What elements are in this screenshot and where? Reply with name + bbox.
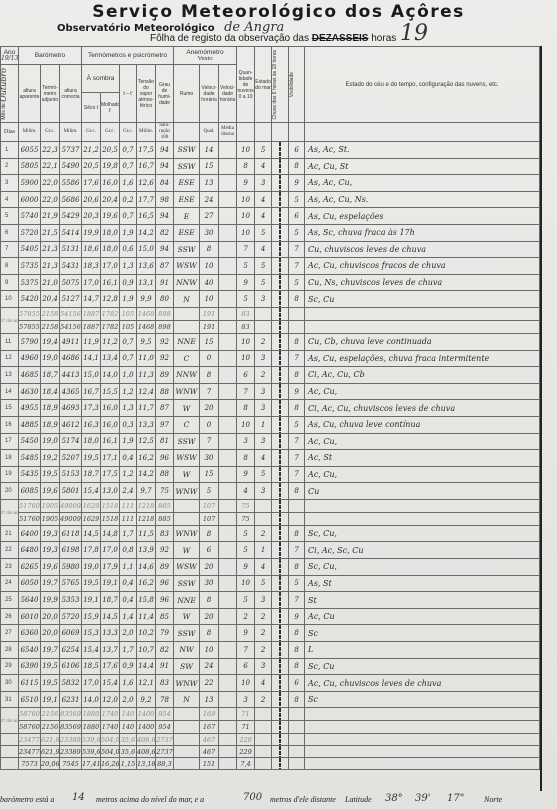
cell-vel: 30 <box>200 224 219 241</box>
cell-term: 19,0 <box>41 433 60 450</box>
cell-rumo: SSW <box>174 575 200 592</box>
cell-rumo: NNW <box>174 367 200 384</box>
cell-mar: 1 <box>255 542 272 559</box>
cell-vm <box>219 525 237 542</box>
rain-wave-mark <box>272 258 289 275</box>
sum-estado <box>305 499 540 512</box>
cell-seco: 15,4 <box>82 483 101 500</box>
cell-diff: 0,9 <box>120 658 137 675</box>
cell-diff: 1,9 <box>120 224 137 241</box>
sum-seco: 1887 <box>82 320 101 333</box>
table-row: 12496019,0468614,113,40,711,092C01037As,… <box>1 350 540 367</box>
day-number: 15 <box>1 400 19 417</box>
barometer-header: Barómetro <box>19 47 82 65</box>
sky-state-header: Estado do céu e do tempo, configuração d… <box>305 47 540 123</box>
cell-seco: 16,7 <box>82 383 101 400</box>
cell-vis: 5 <box>289 191 305 208</box>
total-altcor: 233891 <box>60 734 82 746</box>
sea-header: Estado do mar <box>255 47 272 123</box>
cell-vm <box>219 350 237 367</box>
cell-rumo: W <box>174 542 200 559</box>
unit-blank <box>174 123 200 142</box>
cell-altap: 5805 <box>19 158 41 175</box>
rain-wave-mark <box>272 708 289 721</box>
sum-mar <box>255 307 272 320</box>
anemometer-header: AnemómetroVento <box>174 47 237 65</box>
cell-altcor: 5832 <box>60 675 82 692</box>
rain-wave-mark <box>272 158 289 175</box>
total-tensao: 13,18 <box>137 758 156 770</box>
total-term: 20,06 <box>41 758 60 770</box>
cell-molh: 12,0 <box>101 691 120 708</box>
sum-seco: 1629 <box>82 499 101 512</box>
unit-milim: Milim. <box>19 123 41 142</box>
table-row: 17545019,0517418,016,11,912,581SSW7337Ac… <box>1 433 540 450</box>
cell-altcor: 6254 <box>60 642 82 659</box>
cell-altap: 5420 <box>19 291 41 308</box>
sum-tensao: 1468 <box>137 307 156 320</box>
cell-rumo: WNW <box>174 383 200 400</box>
cell-molh: 17,1 <box>101 450 120 467</box>
thermometer-header: Termómetros e psicrómetro <box>82 47 174 65</box>
cell-diff: 0,2 <box>120 191 137 208</box>
total-vis <box>289 746 305 758</box>
unit-blank <box>289 123 305 142</box>
cell-nuv: 9 <box>237 274 255 291</box>
rain-wave-mark <box>272 450 289 467</box>
cell-nuv: 2 <box>237 608 255 625</box>
cell-nuv: 10 <box>237 191 255 208</box>
cell-mar: 3 <box>255 483 272 500</box>
cell-seco: 15,0 <box>82 367 101 384</box>
day-number: 18 <box>1 450 19 467</box>
cell-altap: 5735 <box>19 258 41 275</box>
sum-hum: 885 <box>156 512 174 525</box>
table-row: 21640019,3611814,514,81,711,583WNW8528Sc… <box>1 525 540 542</box>
sum-estado <box>305 708 540 721</box>
total-altcor: 7545 <box>60 758 82 770</box>
cell-estado: Sc, Cu <box>305 658 540 675</box>
cell-diff: 1,9 <box>120 291 137 308</box>
day-number: 8 <box>1 258 19 275</box>
cell-mar: 2 <box>255 691 272 708</box>
cell-vel: 14 <box>200 142 219 159</box>
cell-rumo: NNE <box>174 592 200 609</box>
cell-tensao: 14,2 <box>137 224 156 241</box>
rain-wave-mark <box>272 575 289 592</box>
total-altap: 234775 <box>19 746 41 758</box>
total-vel: 467 <box>200 734 219 746</box>
cell-estado: Ci, Ac, Sc, Cu <box>305 542 540 559</box>
cell-hum: 92 <box>156 542 174 559</box>
cell-diff: 0,7 <box>120 333 137 350</box>
speed-header: Veloci-dade horária <box>200 65 219 123</box>
cell-hum: 91 <box>156 658 174 675</box>
cell-molh: 18,0 <box>101 224 120 241</box>
cell-diff: 1,6 <box>120 675 137 692</box>
rain-wave-mark <box>272 721 289 734</box>
cell-estado: As, St <box>305 575 540 592</box>
cell-vm <box>219 466 237 483</box>
cell-term: 19,7 <box>41 575 60 592</box>
cell-altap: 4955 <box>19 400 41 417</box>
cell-hum: 92 <box>156 350 174 367</box>
cell-rumo: WSW <box>174 450 200 467</box>
cell-vis: 5 <box>289 274 305 291</box>
sum-rumo <box>174 721 200 734</box>
cell-estado: Cu <box>305 483 540 500</box>
cell-nuv: 10 <box>237 208 255 225</box>
cell-mar: 3 <box>255 400 272 417</box>
cell-molh: 13,3 <box>101 625 120 642</box>
cell-tensao: 17,5 <box>137 142 156 159</box>
rain-wave-mark <box>272 642 289 659</box>
month-total-row: 757320,06754517,4116,261,1513,1888,31517… <box>1 758 540 770</box>
day-number: 19 <box>1 466 19 483</box>
footer-barometer-height: 14 <box>72 792 85 803</box>
cell-mar: 3 <box>255 175 272 192</box>
cell-seco: 21,2 <box>82 142 101 159</box>
cell-molh: 13,0 <box>101 483 120 500</box>
cell-altap: 5790 <box>19 333 41 350</box>
total-diff: 1,15 <box>120 758 137 770</box>
cell-molh: 13,4 <box>101 350 120 367</box>
cell-estado: Ac, Cu, <box>305 466 540 483</box>
cell-nuv: 10 <box>237 350 255 367</box>
cell-molh: 17,5 <box>101 466 120 483</box>
cell-rumo: W <box>174 608 200 625</box>
cell-term: 22,0 <box>41 175 60 192</box>
cell-tensao: 16,5 <box>137 208 156 225</box>
cell-mar: 4 <box>255 241 272 258</box>
rain-wave-mark <box>272 542 289 559</box>
cell-seco: 14,1 <box>82 350 101 367</box>
cell-diff: 1,2 <box>120 466 137 483</box>
cell-vis: 8 <box>289 400 305 417</box>
sum-altcor: 54156 <box>60 320 82 333</box>
cell-vm <box>219 625 237 642</box>
cell-rumo: N <box>174 291 200 308</box>
sum-vis <box>289 512 305 525</box>
table-row: 6572021,5541419,918,01,914,282ESE301055A… <box>1 224 540 241</box>
cell-mar: 3 <box>255 291 272 308</box>
cell-altap: 5375 <box>19 274 41 291</box>
cell-molh: 16,1 <box>101 433 120 450</box>
cell-term: 22,0 <box>41 191 60 208</box>
day-number: 27 <box>1 625 19 642</box>
cell-tensao: 11,0 <box>137 350 156 367</box>
cell-vis: 8 <box>289 158 305 175</box>
cell-vis: 7 <box>289 241 305 258</box>
cell-tensao: 10,2 <box>137 625 156 642</box>
sum-diff: 111 <box>120 512 137 525</box>
sum-tensao: 1400 <box>137 708 156 721</box>
day-number: 16 <box>1 416 19 433</box>
cell-vm <box>219 559 237 576</box>
cell-nuv: 3 <box>237 433 255 450</box>
cell-seco: 11,9 <box>82 333 101 350</box>
sum-molh: 1740 <box>101 708 120 721</box>
cell-altcor: 4612 <box>60 416 82 433</box>
cell-hum: 84 <box>156 175 174 192</box>
cell-seco: 15,4 <box>82 642 101 659</box>
cell-estado: Ac, Cu, St <box>305 158 540 175</box>
cell-vel: 24 <box>200 191 219 208</box>
cell-vm <box>219 274 237 291</box>
cell-hum: 92 <box>156 333 174 350</box>
cell-molh: 18,0 <box>101 241 120 258</box>
day-number: 11 <box>1 333 19 350</box>
total-altap: 234775 <box>19 734 41 746</box>
unit-blank <box>255 123 272 142</box>
rain-wave-mark <box>272 483 289 500</box>
sum-term: 1905 <box>41 499 60 512</box>
cell-hum: 83 <box>156 675 174 692</box>
cell-hum: 87 <box>156 400 174 417</box>
cell-rumo: WSW <box>174 258 200 275</box>
table-row: 2580522,1549020,519,80,716,794SSW15848Ac… <box>1 158 540 175</box>
rain-wave-mark <box>272 658 289 675</box>
cell-vm <box>219 658 237 675</box>
cell-hum: 98 <box>156 191 174 208</box>
cell-nuv: 10 <box>237 224 255 241</box>
cell-altcor: 6231 <box>60 691 82 708</box>
cell-altap: 6480 <box>19 542 41 559</box>
cell-rumo: W <box>174 466 200 483</box>
total-label <box>1 746 19 758</box>
rain-header: Chuva das 6 horas às 18 horas <box>272 47 289 123</box>
decade-sum-row: 5176019054900916291518111121888510775 <box>1 512 540 525</box>
cell-nuv: 4 <box>237 483 255 500</box>
cell-vm <box>219 175 237 192</box>
cell-altap: 6265 <box>19 559 41 576</box>
dry-header: Sêco t <box>82 93 101 123</box>
sum-hum: 885 <box>156 499 174 512</box>
year-header: Ano19/13 <box>1 47 19 65</box>
sum-term: 2158 <box>41 307 60 320</box>
cell-hum: 78 <box>156 691 174 708</box>
cell-nuv: 10 <box>237 142 255 159</box>
cell-tensao: 15,8 <box>137 592 156 609</box>
sum-vm <box>219 307 237 320</box>
total-term: 621,9 <box>41 746 60 758</box>
sum-tensao: 1218 <box>137 512 156 525</box>
total-tensao: 408,6 <box>137 734 156 746</box>
table-row: 11579019,4491111,911,20,79,592NNE151028C… <box>1 333 540 350</box>
cell-diff: 0,4 <box>120 450 137 467</box>
unit-blank <box>237 123 255 142</box>
cell-altap: 6085 <box>19 483 41 500</box>
sum-rumo <box>174 512 200 525</box>
cell-tensao: 14,2 <box>137 466 156 483</box>
cell-molh: 16,0 <box>101 400 120 417</box>
cell-rumo: SW <box>174 658 200 675</box>
cell-altap: 6390 <box>19 658 41 675</box>
register-sheet: Serviço Meteorológico dos Açôres Observa… <box>0 0 557 809</box>
cell-vm <box>219 224 237 241</box>
cell-rumo: SSW <box>174 433 200 450</box>
cell-nuv: 8 <box>237 158 255 175</box>
sheet-hour: 19 <box>400 21 460 46</box>
cell-diff: 1,3 <box>120 400 137 417</box>
cell-altcor: 5127 <box>60 291 82 308</box>
cell-vm <box>219 642 237 659</box>
rain-wave-mark <box>272 333 289 350</box>
sum-hum: 954 <box>156 721 174 734</box>
sum-diff: 140 <box>120 721 137 734</box>
rain-wave-mark <box>272 208 289 225</box>
cell-rumo: WSW <box>174 559 200 576</box>
cell-diff: 0,7 <box>120 350 137 367</box>
sum-estado <box>305 721 540 734</box>
cell-altcor: 5686 <box>60 191 82 208</box>
cell-vis: 8 <box>289 367 305 384</box>
total-seco: 539,6 <box>82 746 101 758</box>
sum-rumo <box>174 499 200 512</box>
cell-molh: 17,6 <box>101 658 120 675</box>
sum-altcor: 54156 <box>60 307 82 320</box>
cell-term: 21,5 <box>41 224 60 241</box>
cell-altap: 4960 <box>19 350 41 367</box>
footer-distance-suffix: metros d'ele distante <box>270 795 336 804</box>
cell-vel: 24 <box>200 658 219 675</box>
cell-vel: 5 <box>200 483 219 500</box>
cell-vel: 10 <box>200 291 219 308</box>
sum-term: 2156 <box>41 721 60 734</box>
rain-wave-mark <box>272 191 289 208</box>
cell-seco: 15,3 <box>82 625 101 642</box>
decade-label: 2ª década <box>1 499 19 525</box>
day-number: 31 <box>1 691 19 708</box>
cell-term: 20,0 <box>41 608 60 625</box>
cell-molh: 17,0 <box>101 258 120 275</box>
cell-altap: 5435 <box>19 466 41 483</box>
cell-seco: 19,9 <box>82 224 101 241</box>
cell-vm <box>219 575 237 592</box>
day-number: 25 <box>1 592 19 609</box>
cell-mar: 4 <box>255 559 272 576</box>
cell-tensao: 13,9 <box>137 542 156 559</box>
day-number: 30 <box>1 675 19 692</box>
cell-vm <box>219 400 237 417</box>
cell-tensao: 14,4 <box>137 658 156 675</box>
cell-mar: 1 <box>255 416 272 433</box>
total-vm <box>219 758 237 770</box>
cell-term: 20,4 <box>41 291 60 308</box>
shade-header: À sombra <box>82 65 120 93</box>
cell-diff: 1,7 <box>120 642 137 659</box>
cell-altap: 6115 <box>19 675 41 692</box>
cell-vm <box>219 367 237 384</box>
cell-tensao: 12,6 <box>137 175 156 192</box>
day-number: 17 <box>1 433 19 450</box>
cell-tensao: 9,5 <box>137 333 156 350</box>
sum-vel: 169 <box>200 708 219 721</box>
cell-vm <box>219 291 237 308</box>
cell-term: 20,0 <box>41 625 60 642</box>
cell-altcor: 5075 <box>60 274 82 291</box>
cell-altcor: 5586 <box>60 175 82 192</box>
cell-molh: 14,0 <box>101 367 120 384</box>
cell-vel: 8 <box>200 241 219 258</box>
cell-altcor: 5431 <box>60 258 82 275</box>
cell-molh: 20,4 <box>101 191 120 208</box>
unit-milim: Milim. <box>60 123 82 142</box>
cell-term: 19,9 <box>41 592 60 609</box>
cell-vel: 30 <box>200 575 219 592</box>
cell-vm <box>219 433 237 450</box>
cell-term: 19,2 <box>41 450 60 467</box>
cell-seco: 14,0 <box>82 691 101 708</box>
cell-vis: 7 <box>289 433 305 450</box>
cell-hum: 94 <box>156 241 174 258</box>
cell-nuv: 5 <box>237 592 255 609</box>
rain-wave-mark <box>272 525 289 542</box>
cell-seco: 17,3 <box>82 400 101 417</box>
total-seco: 539,6 <box>82 734 101 746</box>
total-altcor: 233891 <box>60 746 82 758</box>
cell-vel: 8 <box>200 367 219 384</box>
table-row: 5574021,9542920,319,60,716,594E271046As,… <box>1 208 540 225</box>
cell-vm <box>219 675 237 692</box>
rain-wave-mark <box>272 512 289 525</box>
cell-vis: 6 <box>289 675 305 692</box>
cell-vel: 30 <box>200 450 219 467</box>
day-number: 20 <box>1 483 19 500</box>
cell-diff: 0,7 <box>120 208 137 225</box>
sum-vel: 107 <box>200 512 219 525</box>
total-seco: 17,41 <box>82 758 101 770</box>
cell-tensao: 17,7 <box>137 191 156 208</box>
cell-rumo: C <box>174 416 200 433</box>
cell-vm <box>219 258 237 275</box>
cell-molh: 12,8 <box>101 291 120 308</box>
cell-term: 19,5 <box>41 658 60 675</box>
sum-mar <box>255 320 272 333</box>
sum-seco: 1880 <box>82 721 101 734</box>
cell-diff: 2,0 <box>120 691 137 708</box>
sum-mar <box>255 512 272 525</box>
sum-molh: 1740 <box>101 721 120 734</box>
cell-estado: Sc <box>305 691 540 708</box>
sum-seco: 1887 <box>82 307 101 320</box>
cell-nuv: 6 <box>237 658 255 675</box>
sum-diff: 105 <box>120 320 137 333</box>
table-row: 10542020,4512714,712,81,99,980N10538Sc, … <box>1 291 540 308</box>
cell-mar: 5 <box>255 142 272 159</box>
cell-altap: 6510 <box>19 691 41 708</box>
day-number: 4 <box>1 191 19 208</box>
cell-vel: 20 <box>200 400 219 417</box>
cell-vis: 7 <box>289 592 305 609</box>
sum-altap: 57855 <box>19 307 41 320</box>
cell-vis: 8 <box>289 658 305 675</box>
cell-altcor: 4365 <box>60 383 82 400</box>
cell-seco: 20,3 <box>82 208 101 225</box>
table-row: 30611519,5583217,015,41,612,183WNW221046… <box>1 675 540 692</box>
cell-vel: 7 <box>200 433 219 450</box>
total-vel: 151 <box>200 758 219 770</box>
cell-vm <box>219 241 237 258</box>
sum-vis <box>289 499 305 512</box>
sum-nuv: 75 <box>237 499 255 512</box>
observation-table: Ano19/13 Barómetro Termómetros e psicróm… <box>0 46 540 770</box>
cell-hum: 81 <box>156 433 174 450</box>
cell-altap: 6050 <box>19 575 41 592</box>
cell-tensao: 15,0 <box>137 241 156 258</box>
cell-hum: 82 <box>156 224 174 241</box>
sum-rumo <box>174 307 200 320</box>
